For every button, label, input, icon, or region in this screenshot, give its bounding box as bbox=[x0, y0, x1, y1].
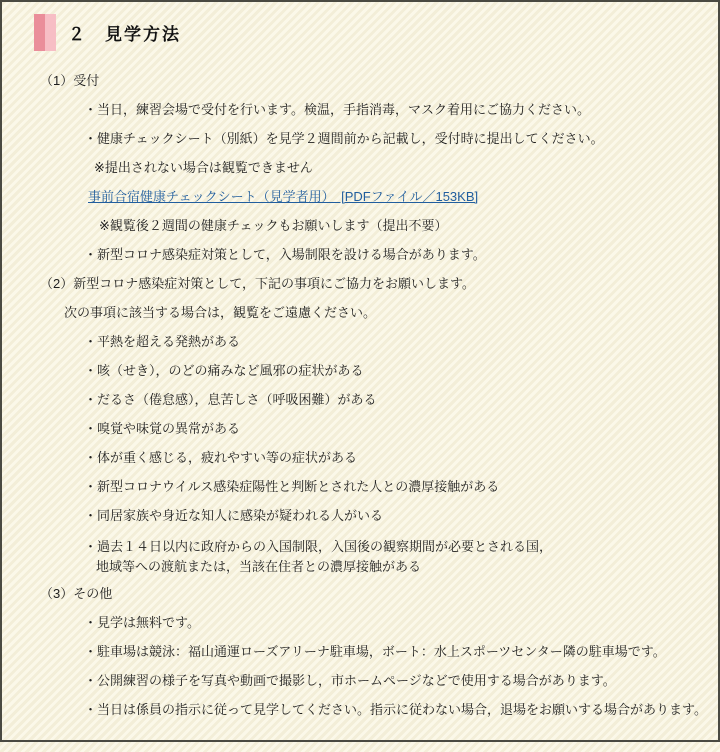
list-item: ・同居家族や身近な知人に感染が疑われる人がいる bbox=[2, 508, 718, 524]
heading-accent-bar-icon bbox=[34, 14, 56, 51]
list-item: ・過去１４日以内に政府からの入国制限，入国後の観察期間が必要とされる国，地域等へ… bbox=[2, 537, 718, 577]
page-container: ２見学方法 （1）受付・当日，練習会場で受付を行います。検温，手指消毒，マスク着… bbox=[0, 0, 720, 742]
list-item: ・見学は無料です。 bbox=[2, 615, 718, 631]
list-item: ・公開練習の様子を写真や動画で撮影し，市ホームページなどで使用する場合があります… bbox=[2, 673, 718, 689]
page-title: ２見学方法 bbox=[68, 20, 181, 45]
list-item: ・駐車場は競泳：福山通運ローズアリーナ駐車場，ボート：水上スポーツセンター隣の駐… bbox=[2, 644, 718, 660]
note-text: ※観覧後２週間の健康チェックもお願いします（提出不要） bbox=[2, 218, 718, 234]
section-heading: （2）新型コロナ感染症対策として，下記の事項にご協力をお願いします。 bbox=[2, 276, 718, 292]
list-item: ・嗅覚や味覚の異常がある bbox=[2, 421, 718, 437]
accent-bar-dark-segment bbox=[34, 14, 45, 51]
section-header: ２見学方法 bbox=[34, 13, 718, 52]
section-heading: （3）その他 bbox=[2, 586, 718, 602]
page-title-number: ２ bbox=[68, 25, 87, 44]
list-item: ・新型コロナ感染症対策として，入場制限を設ける場合があります。 bbox=[2, 247, 718, 263]
pdf-link[interactable]: 事前合宿健康チェックシート（見学者用） [PDFファイル／153KB] bbox=[88, 189, 478, 204]
section-heading: （1）受付 bbox=[2, 73, 718, 89]
body-text: 次の事項に該当する場合は，観覧をご遠慮ください。 bbox=[2, 305, 718, 321]
list-item: ・だるさ（倦怠感），息苦しさ（呼吸困難）がある bbox=[2, 392, 718, 408]
page-title-text: 見学方法 bbox=[105, 25, 181, 44]
list-item: ・健康チェックシート（別紙）を見学２週間前から記載し，受付時に提出してください。 bbox=[2, 131, 718, 147]
content-area: （1）受付・当日，練習会場で受付を行います。検温，手指消毒，マスク着用にご協力く… bbox=[2, 73, 718, 718]
list-item: ・体が重く感じる，疲れやすい等の症状がある bbox=[2, 450, 718, 466]
list-item: ・咳（せき），のどの痛みなど風邪の症状がある bbox=[2, 363, 718, 379]
accent-bar-light-segment bbox=[45, 14, 56, 51]
list-item: ・当日は係員の指示に従って見学してください。指示に従わない場合，退場をお願いする… bbox=[2, 702, 718, 718]
note-text: ※提出されない場合は観覧できません bbox=[2, 160, 718, 176]
list-item: ・新型コロナウイルス感染症陽性と判断とされた人との濃厚接触がある bbox=[2, 479, 718, 495]
pdf-link-line: 事前合宿健康チェックシート（見学者用） [PDFファイル／153KB] bbox=[2, 189, 718, 205]
list-item: ・当日，練習会場で受付を行います。検温，手指消毒，マスク着用にご協力ください。 bbox=[2, 102, 718, 118]
list-item: ・平熱を超える発熱がある bbox=[2, 334, 718, 350]
